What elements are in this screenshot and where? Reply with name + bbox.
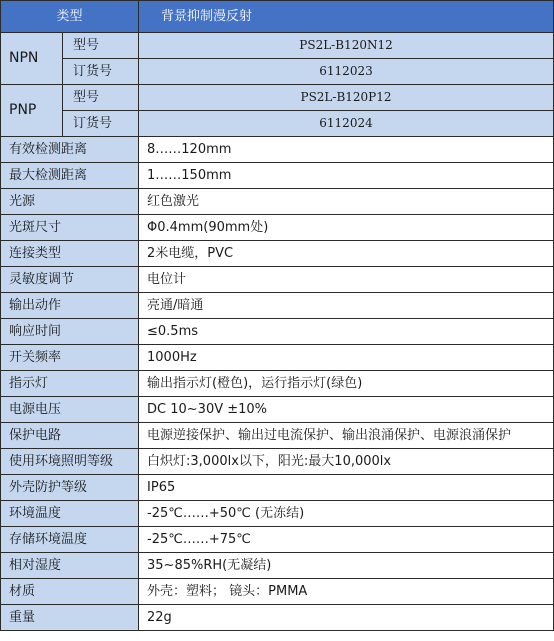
spec-value: 外壳：塑料； 镜头：PMMA [139, 579, 554, 605]
table-row-npn-order: 订货号 6112023 [1, 59, 554, 85]
spec-value: 输出指示灯(橙色)，运行指示灯(绿色) [139, 371, 554, 397]
table-header-row: 类型 背景抑制漫反射 [1, 1, 554, 33]
row-label: 型号 [63, 85, 139, 111]
table-row: 重量 22g [1, 605, 554, 631]
table-row: 保护电路 电源逆接保护、输出过电流保护、输出浪涌保护、电源浪涌保护 [1, 423, 554, 449]
table-row: 电源电压 DC 10~30V ±10% [1, 397, 554, 423]
spec-value: 电源逆接保护、输出过电流保护、输出浪涌保护、电源浪涌保护 [139, 423, 554, 449]
spec-label: 输出动作 [1, 293, 139, 319]
spec-value: 8……120mm [139, 137, 554, 163]
spec-label: 重量 [1, 605, 139, 631]
spec-label: 电源电压 [1, 397, 139, 423]
table-row: 使用环境照明等级 白炽灯:3,000lx以下，阳光:最大10,000lx [1, 449, 554, 475]
spec-label: 光源 [1, 189, 139, 215]
table-row: 响应时间 ≤0.5ms [1, 319, 554, 345]
table-row: 环境温度 -25℃……+50℃ (无冻结) [1, 501, 554, 527]
pnp-model-value: PS2L-B120P12 [139, 85, 554, 111]
table-row: 有效检测距离 8……120mm [1, 137, 554, 163]
spec-label: 保护电路 [1, 423, 139, 449]
row-label: 订货号 [63, 59, 139, 85]
group-label-pnp: PNP [1, 85, 63, 137]
table-row-pnp-model: PNP 型号 PS2L-B120P12 [1, 85, 554, 111]
spec-value: 2米电缆，PVC [139, 241, 554, 267]
spec-value: 35~85%RH(无凝结) [139, 553, 554, 579]
table-row: 开关频率 1000Hz [1, 345, 554, 371]
npn-order-number-value: 6112023 [139, 59, 554, 85]
spec-value: 1000Hz [139, 345, 554, 371]
table-row: 材质 外壳：塑料； 镜头：PMMA [1, 579, 554, 605]
pnp-order-number-value: 6112024 [139, 111, 554, 137]
spec-label: 环境温度 [1, 501, 139, 527]
table-row: 存储环境温度 -25℃……+75℃ [1, 527, 554, 553]
spec-label: 响应时间 [1, 319, 139, 345]
spec-value: 红色激光 [139, 189, 554, 215]
table-row: 外壳防护等级 IP65 [1, 475, 554, 501]
spec-label: 灵敏度调节 [1, 267, 139, 293]
table-row: 相对湿度 35~85%RH(无凝结) [1, 553, 554, 579]
spec-value: IP65 [139, 475, 554, 501]
table-row: 光源 红色激光 [1, 189, 554, 215]
table-row: 指示灯 输出指示灯(橙色)，运行指示灯(绿色) [1, 371, 554, 397]
spec-table: 类型 背景抑制漫反射 NPN 型号 PS2L-B120N12 订货号 61120… [0, 0, 554, 631]
group-label-npn: NPN [1, 33, 63, 85]
npn-model-value: PS2L-B120N12 [139, 33, 554, 59]
header-model-title: 背景抑制漫反射 [139, 1, 554, 33]
spec-value: 白炽灯:3,000lx以下，阳光:最大10,000lx [139, 449, 554, 475]
table-row: 连接类型 2米电缆，PVC [1, 241, 554, 267]
spec-label: 使用环境照明等级 [1, 449, 139, 475]
spec-value: Φ0.4mm(90mm处) [139, 215, 554, 241]
row-label: 订货号 [63, 111, 139, 137]
table-row: 输出动作 亮通/暗通 [1, 293, 554, 319]
spec-label: 指示灯 [1, 371, 139, 397]
spec-value: 1……150mm [139, 163, 554, 189]
spec-label: 最大检测距离 [1, 163, 139, 189]
spec-value: DC 10~30V ±10% [139, 397, 554, 423]
spec-label: 存储环境温度 [1, 527, 139, 553]
spec-label: 相对湿度 [1, 553, 139, 579]
row-label: 型号 [63, 33, 139, 59]
spec-value: 22g [139, 605, 554, 631]
table-row: 灵敏度调节 电位计 [1, 267, 554, 293]
table-row: 最大检测距离 1……150mm [1, 163, 554, 189]
spec-label: 外壳防护等级 [1, 475, 139, 501]
spec-label: 材质 [1, 579, 139, 605]
table-row: 光斑尺寸 Φ0.4mm(90mm处) [1, 215, 554, 241]
header-type-label: 类型 [1, 1, 139, 33]
table-row-pnp-order: 订货号 6112024 [1, 111, 554, 137]
spec-label: 光斑尺寸 [1, 215, 139, 241]
spec-label: 开关频率 [1, 345, 139, 371]
spec-label: 连接类型 [1, 241, 139, 267]
spec-label: 有效检测距离 [1, 137, 139, 163]
spec-value: 电位计 [139, 267, 554, 293]
spec-value: 亮通/暗通 [139, 293, 554, 319]
spec-value: ≤0.5ms [139, 319, 554, 345]
spec-value: -25℃……+75℃ [139, 527, 554, 553]
spec-value: -25℃……+50℃ (无冻结) [139, 501, 554, 527]
table-row-npn-model: NPN 型号 PS2L-B120N12 [1, 33, 554, 59]
